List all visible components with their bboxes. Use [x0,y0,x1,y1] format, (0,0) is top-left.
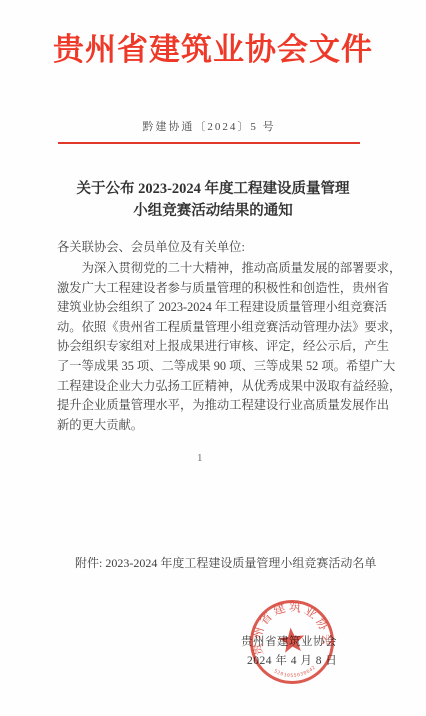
seal-star-icon [278,626,306,653]
salutation: 各关联协会、会员单位及有关单位: [57,237,377,255]
page-number: 1 [197,452,203,464]
notice-title: 关于公布 2023-2024 年度工程建设质量管理 小组竞赛活动结果的通知 [30,178,396,222]
red-header-title: 贵州省建筑业协会文件 [0,24,426,69]
body-line: 提升企业质量管理水平，为推动工程建设行业高质量发展作出 [57,396,369,416]
body-line: 为深入贯彻党的二十大精神，推动高质量发展的部署要求， [57,259,369,279]
document-page: 贵州省建筑业协会文件 黔建协通〔2024〕5 号 关于公布 2023-2024 … [0,0,426,716]
body-line: 激发广大工程建设者参与质量管理的积极性和创造性，贵州省 [57,279,369,299]
notice-title-line1: 关于公布 2023-2024 年度工程建设质量管理 [30,178,396,200]
red-divider-line [58,142,360,144]
body-line: 了一等成果 35 项、二等成果 90 项、三等成果 52 项。希望广大 [57,357,369,377]
body-line: 动。依照《贵州省工程质量管理小组竞赛活动管理办法》要求， [57,318,369,338]
notice-title-line2: 小组竞赛活动结果的通知 [30,200,396,222]
body-line: 建筑业协会组织了 2023-2024 年工程建设质量管理小组竞赛活 [57,298,369,318]
body-line: 协会组织专家组对上报成果进行审核、评定，经公示后，产生 [57,337,369,357]
body-line: 新的更大贡献。 [57,416,369,436]
body-paragraph: 为深入贯彻党的二十大精神，推动高质量发展的部署要求， 激发广大工程建设者参与质量… [57,259,369,435]
body-line: 工程建设企业大力弘扬工匠精神，从优秀成果中汲取有益经验， [57,377,369,397]
document-number: 黔建协通〔2024〕5 号 [58,118,360,134]
attachment-line: 附件: 2023-2024 年度工程建设质量管理小组竞赛活动名单 [75,554,405,571]
official-red-seal: 贵州省建筑业协会 5201055030642 [232,582,353,703]
